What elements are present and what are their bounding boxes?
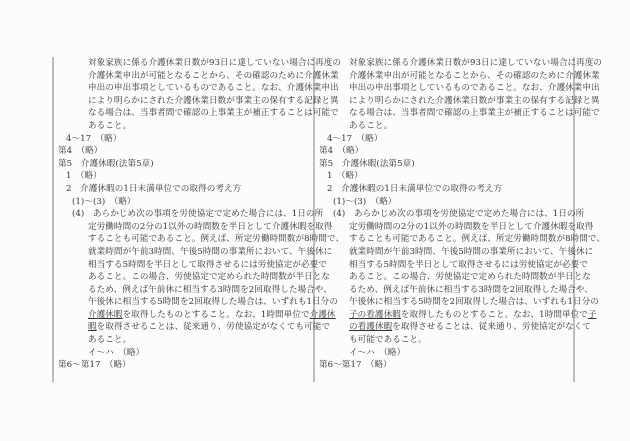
text-line: 4〜17 （略） [58,133,312,146]
text-line: 就業時間が午前3時間、午後5時間の事業所において、午後休に [319,246,571,259]
text-line: 午後休に相当する5時間を2回取得した場合は、いずれも1日分の [58,296,312,309]
text-line: 第5 介護休暇(法第5章) [319,158,571,171]
text-line: あること。 [58,334,312,347]
text-line: 第4 （略） [319,145,571,158]
text-line: イ〜ハ （略） [319,347,571,360]
text-line: 第6〜第17 （略） [319,359,571,372]
text-line: 第6〜第17 （略） [58,359,312,372]
text-line: あること。この場合、労使協定で定められた時間数が半日とな [319,271,571,284]
text-line: あること。 [319,120,571,133]
text-line: 2 介護休暇の1日未満単位での取得の考え方 [319,183,571,196]
text-line: 1 （略） [319,170,571,183]
left-border-line [52,57,54,382]
text-line: (4) あらかじめ次の事項を労使協定で定めた場合には、1日の所 [58,208,312,221]
text-line: 第4 （略） [58,145,312,158]
text-line: 相当する5時間を半日として取得させるには労使協定が必要で [58,259,312,272]
text-line: 相当する5時間を半日として取得させるには労使協定が必要で [319,259,571,272]
text-segment: を取得したものとすること。なお、1時間単位で [123,310,310,320]
text-line: 対象家族に係る介護休業日数が93日に達していない場合に再度の [319,57,571,70]
text-line: することも可能であること。例えば、所定労働時間数が8時間で、 [58,233,312,246]
text-line: も可能であること。 [319,334,571,347]
text-line: 介護休業申出が可能となることから、その確認のために介護休業 [58,70,312,83]
underlined-amendment: 子の看護休暇 [349,310,401,320]
text-line: あること。この場合、労使協定で定められた時間数が半日とな [58,271,312,284]
text-line: (1)〜(3) （略） [58,196,312,209]
text-line: 介護休業申出が可能となることから、その確認のために介護休業 [319,70,571,83]
text-line: 対象家族に係る介護休業日数が93日に達していない場合に再度の [58,57,312,70]
text-line: (4) あらかじめ次の事項を労使協定で定めた場合には、1日の所 [319,208,571,221]
text-line: 暇を取得させることは、従来通り、労使協定がなくても可能で [58,321,312,334]
text-line: により明らかにされた介護休業日数が事業主の保有する記録と異 [319,95,571,108]
text-line: 午後休に相当する5時間を2回取得した場合は、いずれも1日分の [319,296,571,309]
underlined-amendment: の看護休暇 [349,322,392,332]
text-line: 2 介護休暇の1日未満単位での取得の考え方 [58,183,312,196]
text-line: 第5 介護休暇(法第5章) [58,158,312,171]
text-line: 定労働時間の2分の1以外の時間数を半日として介護休暇を取得 [58,221,312,234]
text-line: 1 （略） [58,170,312,183]
text-line: るため、例えば午前休に相当する3時間を2回取得した場合や、 [319,284,571,297]
text-line: 申出の申出事項としているものであること。なお、介護休業申出 [319,82,571,95]
text-line: るため、例えば午前休に相当する3時間を2回取得した場合や、 [58,284,312,297]
text-line: (1)〜(3) （略） [319,196,571,209]
text-segment: を取得させることは、従来通り、労使協定がなくても可能で [97,322,330,332]
underlined-amendment: 子 [588,310,597,320]
text-line: 4〜17 （略） [319,133,571,146]
text-line: 定労働時間の2分の1以外の時間数を半日として介護休暇を取得 [319,221,571,234]
text-segment: を取得させることは、従来通り、労使協定がなくて [392,322,591,332]
text-line: イ〜ハ （略） [58,347,312,360]
text-line: することも可能であること。例えば、所定労働時間数が8時間で、 [319,233,571,246]
underlined-amendment: 暇 [88,322,97,332]
text-line: の看護休暇を取得させることは、従来通り、労使協定がなくて [319,321,571,334]
text-line: なる場合は、当事者間で確認の上事業主が補正することは可能で [58,107,312,120]
text-line: 就業時間が午前3時間、午後5時間の事業所において、午後休に [58,246,312,259]
left-column-revised-text: 対象家族に係る介護休業日数が93日に達していない場合に再度の介護休業申出が可能と… [58,57,312,372]
text-line: 申出の申出事項としているものであること。なお、介護休業申出 [58,82,312,95]
text-line: により明らかにされた介護休業日数が事業主の保有する記録と異 [58,95,312,108]
text-segment: を取得したものとすること。なお、1時間単位で [401,310,588,320]
text-line: 子の看護休暇を取得したものとすること。なお、1時間単位で子 [319,309,571,322]
underlined-amendment: 介護休暇 [88,310,123,320]
text-line: 介護休暇を取得したものとすること。なお、1時間単位で介護休 [58,309,312,322]
text-line: あること。 [58,120,312,133]
right-column-current-text: 対象家族に係る介護休業日数が93日に達していない場合に再度の介護休業申出が可能と… [319,57,571,372]
text-line: なる場合は、当事者間で確認の上事業主が補正することは可能で [319,107,571,120]
